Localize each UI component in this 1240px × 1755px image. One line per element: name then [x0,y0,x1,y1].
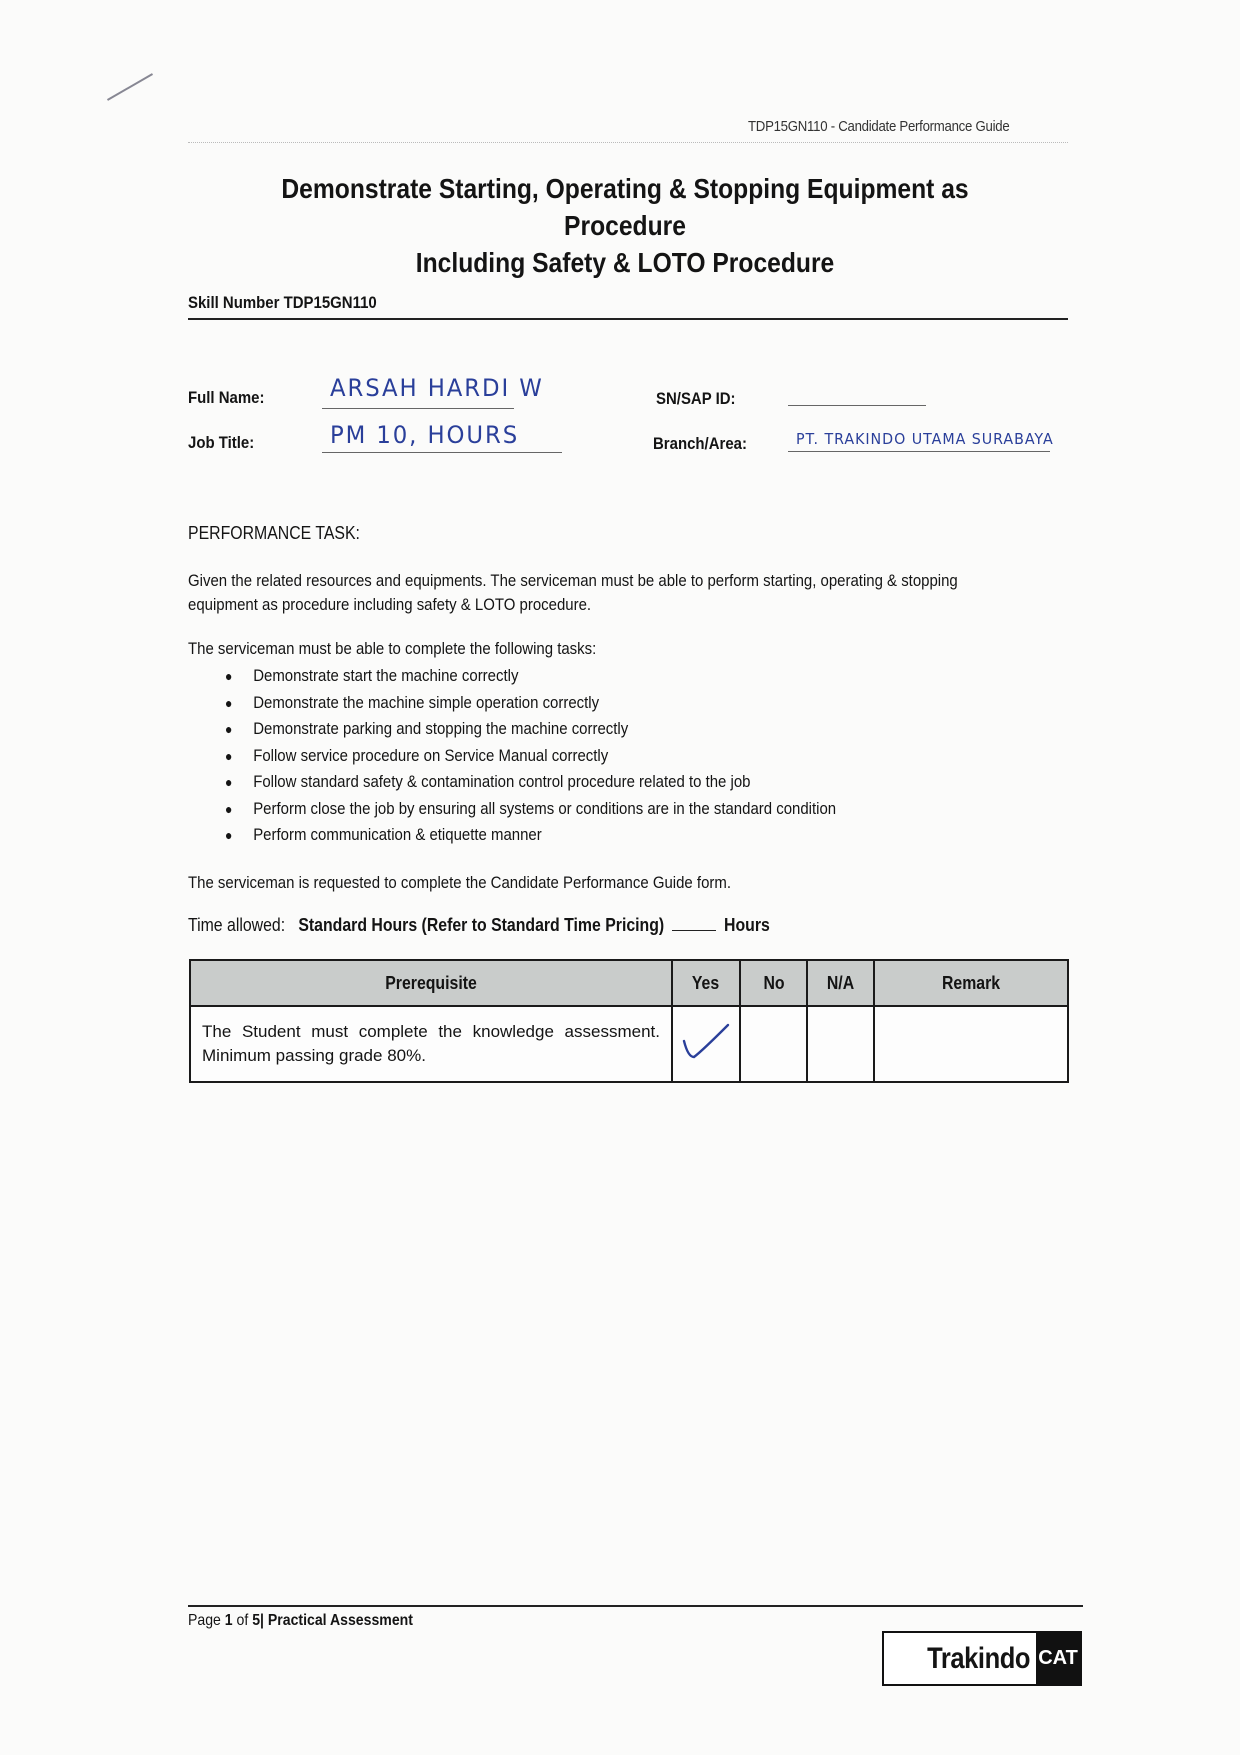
task-text: Demonstrate parking and stopping the mac… [253,719,628,738]
job-title-line [322,452,562,453]
bullet-icon: ● [225,743,232,770]
title-line-2: Including Safety & LOTO Procedure [233,244,1016,281]
col-no: No [740,960,807,1006]
bullet-icon: ● [225,690,232,717]
no-cell[interactable] [740,1006,807,1082]
bullet-icon: ● [225,769,232,796]
list-item: ●Perform close the job by ensuring all s… [218,796,836,823]
col-yes: Yes [672,960,740,1006]
running-header: TDP15GN110 - Candidate Performance Guide [748,118,1009,135]
table-header-row: Prerequisite Yes No N/A Remark [190,960,1068,1006]
table-row: The Student must complete the knowledge … [190,1006,1068,1082]
time-allowed-hours-field[interactable] [672,930,716,931]
branch-area-line [788,451,1050,452]
time-allowed-unit: Hours [724,915,770,935]
footer-section: | Practical Assessment [260,1612,413,1629]
time-allowed-label: Time allowed: [188,915,285,935]
pen-stroke-mark [107,73,153,101]
page-prefix: Page [188,1612,225,1629]
page-current: 1 [225,1612,233,1629]
header-divider [188,142,1068,143]
full-name-field[interactable]: ARSAH HARDI W [330,374,544,402]
task-text: Follow service procedure on Service Manu… [253,746,608,765]
time-allowed: Time allowed: Standard Hours (Refer to S… [188,915,770,936]
performance-task-heading: PERFORMANCE TASK: [188,523,360,544]
list-item: ●Perform communication & etiquette manne… [218,822,836,849]
task-description-line-1: Given the related resources and equipmen… [188,569,1068,593]
logo-wordmark: Trakindo [884,1633,1036,1684]
remark-cell[interactable] [874,1006,1068,1082]
footer-divider [188,1605,1083,1607]
prerequisite-cell: The Student must complete the knowledge … [190,1006,672,1082]
task-text: Follow standard safety & contamination c… [253,772,750,791]
sn-sap-id-label: SN/SAP ID: [656,389,736,409]
sn-sap-id-line [788,405,926,406]
full-name-label: Full Name: [188,388,264,408]
bullet-icon: ● [225,796,232,823]
branch-area-label: Branch/Area: [653,434,747,454]
document-title: Demonstrate Starting, Operating & Stoppi… [233,170,1016,281]
yes-cell[interactable] [672,1006,740,1082]
task-text: Demonstrate the machine simple operation… [253,693,599,712]
task-description: Given the related resources and equipmen… [188,569,1068,617]
list-item: ●Demonstrate start the machine correctly [218,663,836,690]
task-description-line-2: equipment as procedure including safety … [188,593,1068,617]
bullet-icon: ● [225,822,232,849]
na-cell[interactable] [807,1006,874,1082]
list-item: ●Follow standard safety & contamination … [218,769,836,796]
task-list: ●Demonstrate start the machine correctly… [218,663,836,849]
col-na: N/A [807,960,874,1006]
tasks-intro: The serviceman must be able to complete … [188,637,1068,661]
title-line-1: Demonstrate Starting, Operating & Stoppi… [233,170,1016,244]
page-of: of [233,1612,253,1629]
task-text: Perform close the job by ensuring all sy… [253,799,836,818]
bullet-icon: ● [225,716,232,743]
bullet-icon: ● [225,663,232,690]
page-total: 5 [252,1612,260,1629]
list-item: ●Follow service procedure on Service Man… [218,743,836,770]
branch-area-field[interactable]: PT. TRAKINDO UTAMA SURABAYA [796,430,1054,448]
skill-divider [188,318,1068,320]
task-text: Perform communication & etiquette manner [253,825,542,844]
job-title-label: Job Title: [188,433,254,453]
skill-number: Skill Number TDP15GN110 [188,293,377,313]
list-item: ●Demonstrate the machine simple operatio… [218,690,836,717]
cat-badge-icon: CAT [1036,1633,1080,1684]
checkmark-icon [674,1021,738,1068]
col-remark: Remark [874,960,1068,1006]
trakindo-cat-logo: Trakindo CAT [882,1631,1082,1686]
completion-note: The serviceman is requested to complete … [188,871,1068,895]
list-item: ●Demonstrate parking and stopping the ma… [218,716,836,743]
col-prerequisite: Prerequisite [190,960,672,1006]
job-title-field[interactable]: PM 10, HOURS [330,421,519,449]
prerequisite-table: Prerequisite Yes No N/A Remark The Stude… [189,959,1069,1083]
page-footer: Page 1 of 5| Practical Assessment [188,1612,413,1630]
time-allowed-text: Standard Hours (Refer to Standard Time P… [298,915,664,935]
full-name-line [322,408,514,409]
task-text: Demonstrate start the machine correctly [253,666,518,685]
